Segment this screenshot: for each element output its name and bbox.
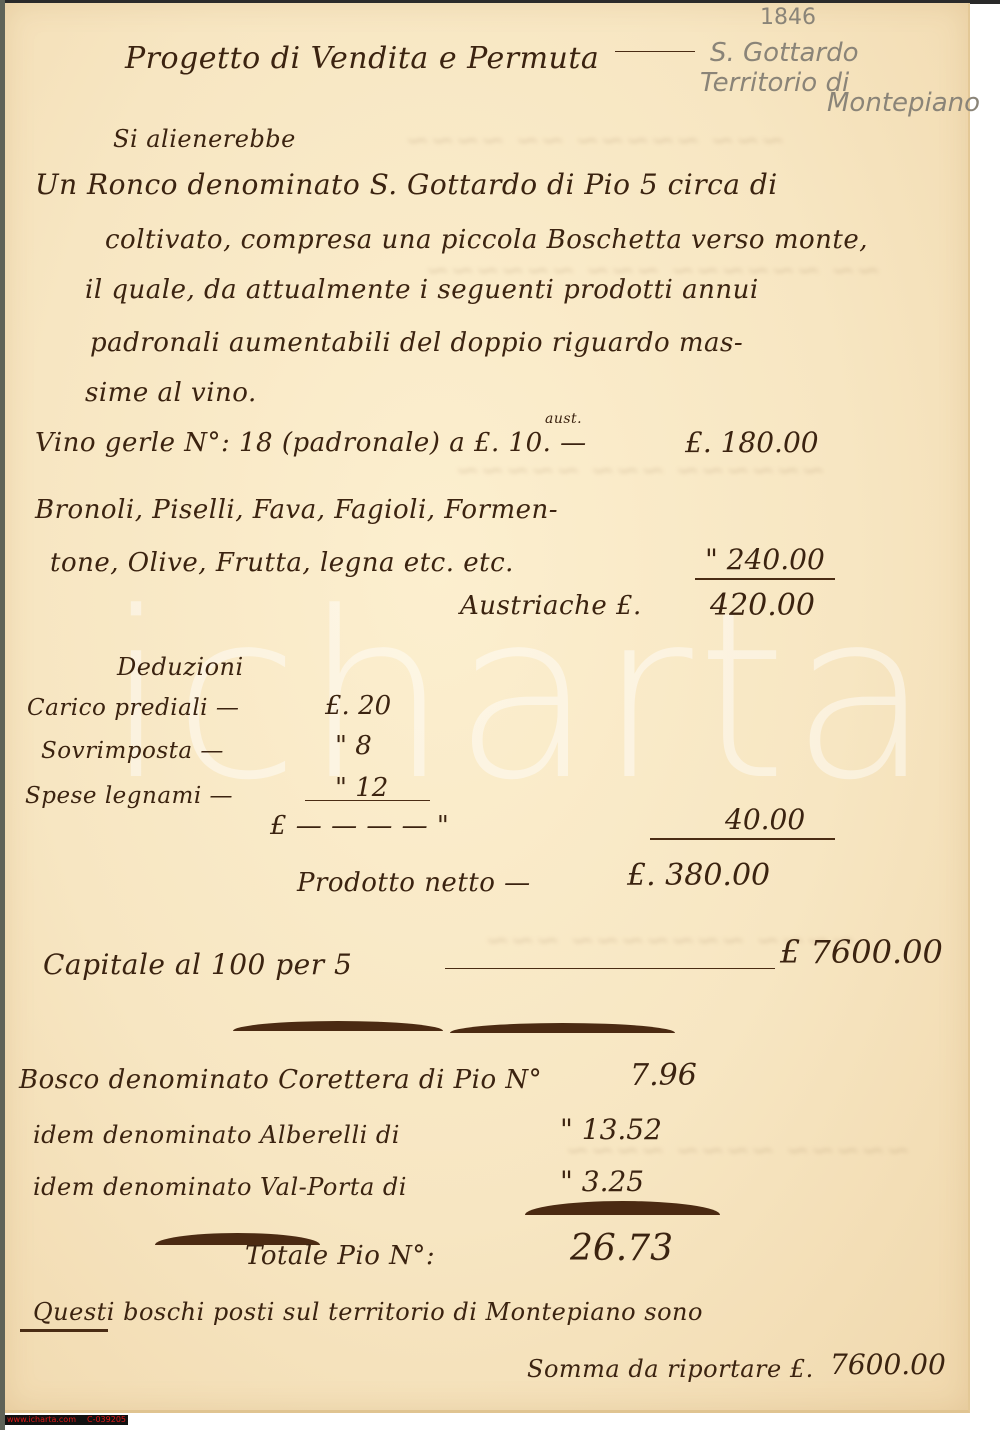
- income-total-amount: 420.00: [710, 588, 815, 623]
- income-row-label: tone, Olive, Frutta, legna etc. etc.: [50, 548, 514, 578]
- wood-row-label: idem denominato Alberelli di: [33, 1121, 400, 1149]
- income-row-label: Bronoli, Piselli, Fava, Fagioli, Formen-: [35, 495, 558, 525]
- deduction-label: Carico prediali —: [27, 695, 239, 721]
- closing-line: Questi boschi posti sul territorio di Mo…: [33, 1298, 703, 1326]
- body-line: coltivato, compresa una piccola Boschett…: [105, 225, 868, 255]
- archive-site: www.icharta.com: [7, 1415, 76, 1425]
- deduction-amount: £. 20: [325, 691, 391, 721]
- title-underline: [615, 51, 695, 52]
- manuscript-page: ~~~ ~~~~~ ~~ ~~~~ ~~ ~~~~~~ ~~~ ~~~~~~ ~…: [5, 3, 970, 1413]
- capital-label: Capitale al 100 per 5: [43, 948, 352, 981]
- bleed-through-text: ~~~ ~~~~~ ~~ ~~~~: [405, 123, 786, 158]
- capital-amount: £ 7600.00: [780, 933, 943, 971]
- deductions-heading: Deduzioni: [117, 653, 244, 681]
- wood-row-amount: 7.96: [630, 1058, 697, 1093]
- deduction-amount: " 12: [335, 773, 388, 803]
- deductions-sum-rule: [305, 800, 430, 801]
- wood-row-amount: " 3.25: [560, 1165, 644, 1198]
- intro-text: Si alienerebbe: [113, 125, 296, 153]
- document-title: Progetto di Vendita e Permuta: [125, 41, 599, 76]
- deduction-amount: " 8: [335, 731, 372, 761]
- income-row-amount: £. 180.00: [685, 426, 819, 459]
- archive-code: C-039205: [87, 1415, 126, 1425]
- net-label: Prodotto netto —: [297, 868, 531, 898]
- income-total-label: Austriache £.: [460, 591, 642, 621]
- deductions-subtotal-amount: 40.00: [725, 803, 805, 836]
- income-row-amount: " 240.00: [705, 543, 825, 576]
- deduction-label: Sovrimposta —: [41, 738, 224, 764]
- flourish-divider: [450, 1023, 675, 1033]
- income-row-label: Vino gerle N°: 18 (padronale) a £. 10. —: [35, 428, 587, 458]
- carry-forward-amount: 7600.00: [830, 1348, 946, 1381]
- pencil-year: 1846: [760, 5, 816, 30]
- woods-total-label: Totale Pio N°:: [245, 1241, 435, 1271]
- net-sum-rule: [650, 838, 835, 840]
- closing-underline: [20, 1329, 108, 1332]
- wood-row-label: idem denominato Val-Porta di: [33, 1173, 407, 1201]
- body-line: il quale, da attualmente i seguenti prod…: [85, 275, 759, 305]
- body-line: Un Ronco denominato S. Gottardo di Pio 5…: [35, 168, 778, 201]
- net-amount: £. 380.00: [627, 858, 770, 893]
- wood-row-amount: " 13.52: [560, 1113, 662, 1146]
- flourish-divider: [233, 1021, 443, 1031]
- carry-forward-label: Somma da riportare £.: [527, 1355, 814, 1383]
- income-sum-rule: [695, 578, 835, 580]
- deduction-label: Spese legnami —: [25, 783, 233, 809]
- pencil-note-3: Montepiano: [827, 88, 980, 118]
- sum-flourish: [525, 1201, 720, 1215]
- superscript-note: aust.: [545, 411, 582, 427]
- body-line: sime al vino.: [85, 378, 257, 408]
- wood-row-label: Bosco denominato Corettera di Pio N°: [19, 1065, 542, 1095]
- deductions-subtotal-prefix: £ — — — — ": [270, 811, 449, 841]
- pencil-note-1: S. Gottardo: [710, 38, 859, 68]
- woods-total-amount: 26.73: [570, 1228, 673, 1269]
- capital-leader-line: [445, 968, 775, 969]
- archive-tag: www.icharta.com C-039205: [5, 1415, 128, 1425]
- body-line: padronali aumentabili del doppio riguard…: [90, 328, 743, 358]
